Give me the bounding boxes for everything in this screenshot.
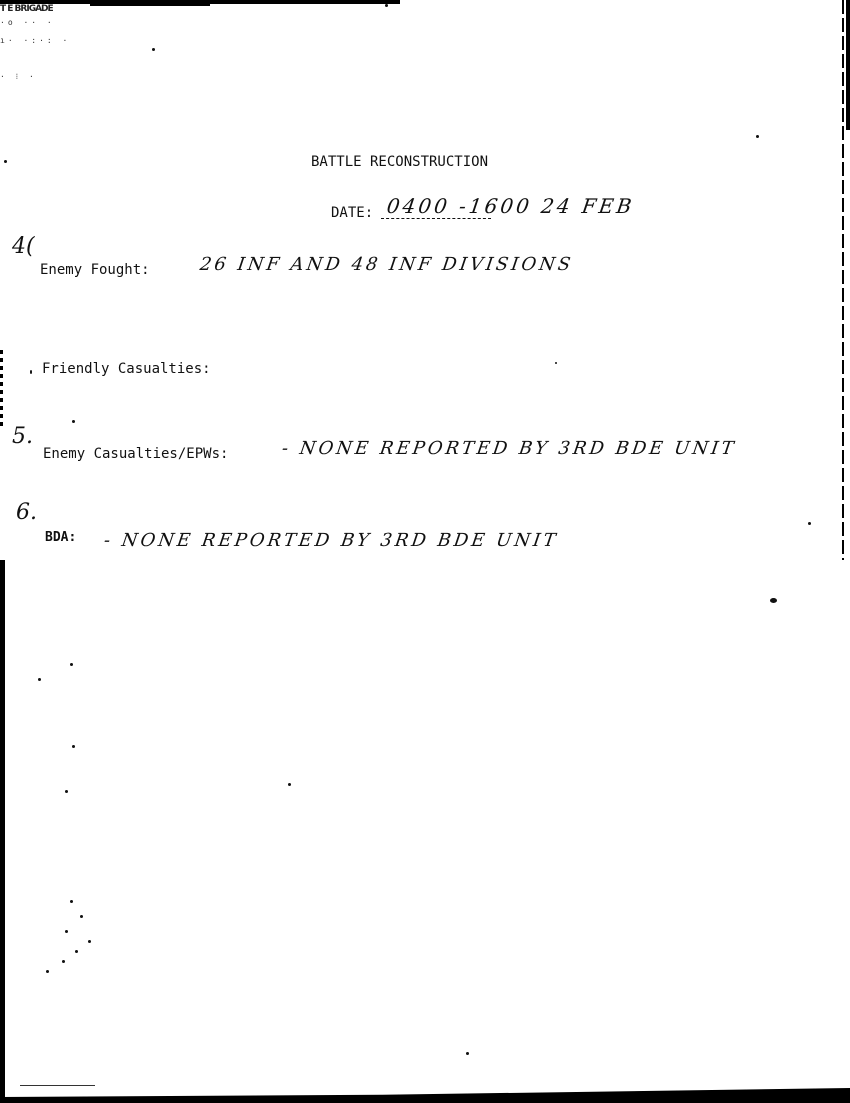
scan-speck <box>4 160 7 163</box>
document-title: BATTLE RECONSTRUCTION <box>311 154 488 170</box>
scan-speck <box>756 135 759 138</box>
scanned-document-page: T E BRIGADE ·o ·· · ı· ·:·: · · ⁝ · BATT… <box>0 0 850 1103</box>
scan-noise: ·o ·· · <box>0 18 55 27</box>
scan-speck <box>80 915 83 918</box>
scan-speck <box>65 790 68 793</box>
friendly-casualties-label: Friendly Casualties: <box>42 361 211 377</box>
scan-speck <box>770 598 777 603</box>
header-smudge-text: T E BRIGADE <box>0 4 53 14</box>
scan-speck <box>38 678 41 681</box>
date-value-handwritten: 0400 -1600 24 FEB <box>385 194 636 218</box>
section-number: 5. <box>12 424 33 449</box>
scan-border-left <box>0 560 5 1103</box>
scan-bottom-line <box>20 1085 95 1086</box>
scan-speck <box>30 370 32 374</box>
scan-noise: · ⁝ · <box>0 72 37 81</box>
scan-border-left-upper <box>0 350 3 430</box>
scan-border-right-dashed <box>842 0 844 560</box>
enemy-casualties-label: Enemy Casualties/EPWs: <box>43 446 228 462</box>
scan-speck <box>75 950 78 953</box>
scan-speck <box>72 420 75 423</box>
scan-speck <box>555 362 557 364</box>
date-underline <box>381 218 491 219</box>
scan-speck <box>466 1052 469 1055</box>
scan-speck <box>88 940 91 943</box>
scan-speck <box>65 930 68 933</box>
bda-label: BDA: <box>45 530 76 545</box>
scan-border-right <box>846 0 850 130</box>
scan-speck <box>152 48 155 51</box>
scan-speck <box>62 960 65 963</box>
enemy-casualties-value-handwritten: - NONE REPORTED BY 3RD BDE UNIT <box>281 438 738 459</box>
scan-speck <box>808 522 811 525</box>
scan-border-top-segment <box>90 0 210 6</box>
section-number: 4( <box>12 234 35 259</box>
scan-noise: ı· ·:·: · <box>0 36 70 45</box>
scan-speck <box>46 970 49 973</box>
scan-border-bottom <box>0 1088 850 1103</box>
bda-value-handwritten: - NONE REPORTED BY 3RD BDE UNIT <box>103 530 560 551</box>
scan-speck <box>288 783 291 786</box>
date-label: DATE: <box>331 205 373 221</box>
enemy-fought-label: Enemy Fought: <box>40 262 150 278</box>
enemy-fought-value-handwritten: 26 INF AND 48 INF DIVISIONS <box>199 254 575 275</box>
section-number: 6. <box>16 500 37 525</box>
scan-speck <box>385 4 388 7</box>
scan-speck <box>72 745 75 748</box>
scan-speck <box>70 900 73 903</box>
scan-speck <box>70 663 73 666</box>
